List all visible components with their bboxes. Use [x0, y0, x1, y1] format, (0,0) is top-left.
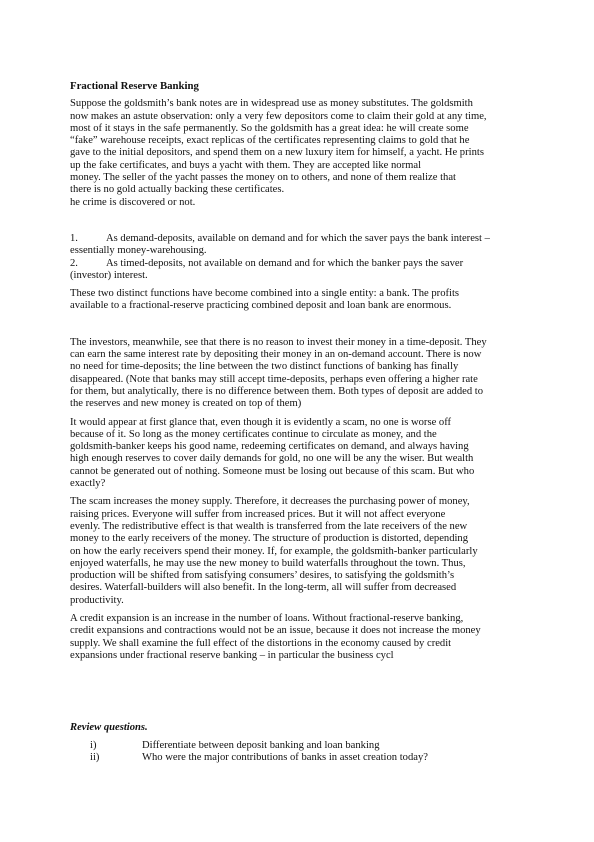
- item-text: As timed-deposits, not available on dema…: [106, 258, 463, 269]
- question-number: i): [70, 740, 142, 752]
- combined-paragraph: These two distinct functions have become…: [70, 288, 540, 313]
- document-page: Fractional Reserve Banking Suppose the g…: [70, 80, 540, 764]
- numbered-item: 1.As demand-deposits, available on deman…: [70, 233, 540, 245]
- numbered-item-continuation: (investor) interest.: [70, 270, 540, 282]
- credit-expansion-paragraph: A credit expansion is an increase in the…: [70, 613, 540, 662]
- scam-paragraph: It would appear at first glance that, ev…: [70, 417, 540, 491]
- intro-paragraph: Suppose the goldsmith’s bank notes are i…: [70, 98, 540, 209]
- money-supply-paragraph: The scam increases the money supply. The…: [70, 496, 540, 607]
- review-questions-heading: Review questions.: [70, 722, 540, 734]
- item-number: 1.: [70, 233, 106, 245]
- review-question: i)Differentiate between deposit banking …: [70, 740, 540, 752]
- numbered-item: 2.As timed-deposits, not available on de…: [70, 258, 540, 270]
- question-text: Who were the major contributions of bank…: [142, 752, 428, 763]
- spacer: [70, 662, 540, 722]
- spacer: [70, 209, 540, 233]
- spacer: [70, 313, 540, 337]
- numbered-item-continuation: essentially money-warehousing.: [70, 245, 540, 257]
- item-text: As demand-deposits, available on demand …: [106, 233, 490, 244]
- question-number: ii): [70, 752, 142, 764]
- question-text: Differentiate between deposit banking an…: [142, 740, 380, 751]
- review-question: ii)Who were the major contributions of b…: [70, 752, 540, 764]
- numbered-list: 1.As demand-deposits, available on deman…: [70, 233, 540, 282]
- review-questions-list: i)Differentiate between deposit banking …: [70, 740, 540, 764]
- investors-paragraph: The investors, meanwhile, see that there…: [70, 337, 540, 411]
- document-title: Fractional Reserve Banking: [70, 80, 540, 92]
- item-number: 2.: [70, 258, 106, 270]
